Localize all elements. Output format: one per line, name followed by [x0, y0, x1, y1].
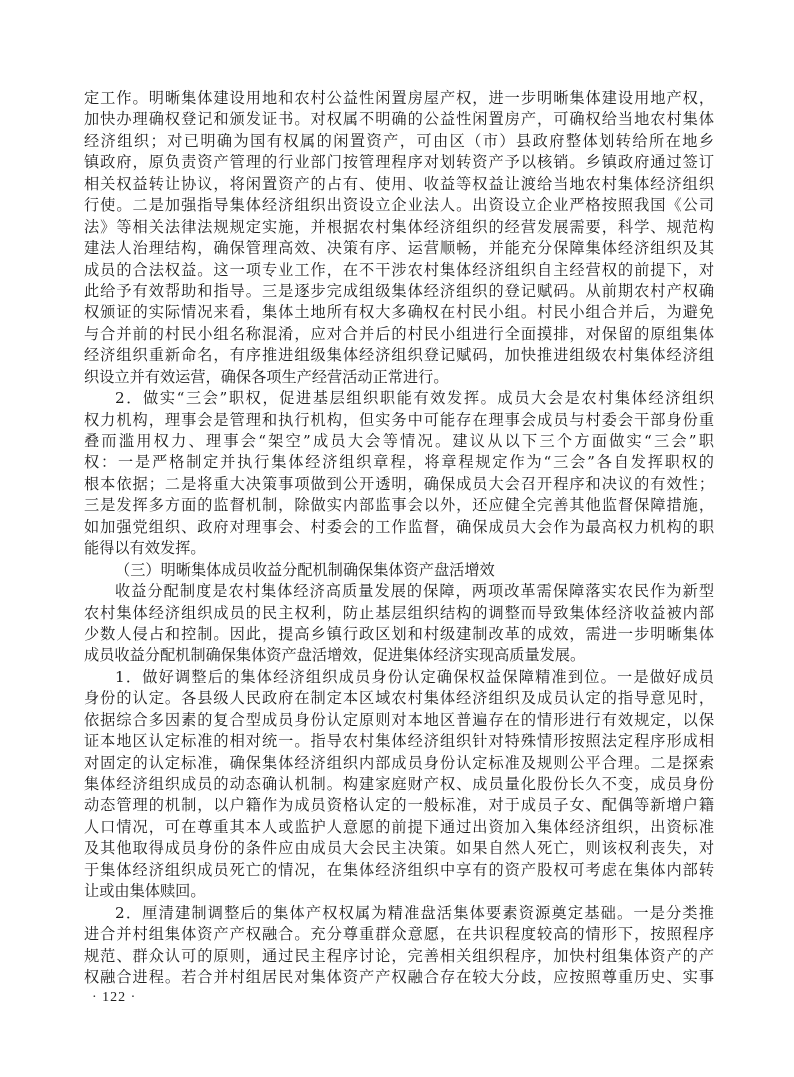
body-line: 及其他取得成员身份的条件应由成员大会民主决策。如果自然人死亡，则该权利丧失，对: [84, 838, 714, 859]
paragraph-start-line: 1．做好调整后的集体经济组织成员身份认定确保权益保障精准到位。一是做好成员: [84, 667, 714, 688]
section-heading: （三）明晰集体成员收益分配机制确保集体资产盘活增效: [84, 560, 714, 581]
document-page: 定工作。明晰集体建设用地和农村公益性闲置房屋产权，进一步明晰集体建设用地产权， …: [84, 88, 714, 988]
body-line: 定工作。明晰集体建设用地和农村公益性闲置房屋产权，进一步明晰集体建设用地产权，: [84, 88, 714, 109]
body-line: 依据综合多因素的复合型成员身份认定原则对本地区普遍存在的情形进行有效规定，以保: [84, 710, 714, 731]
body-line: 规范、群众认可的原则，通过民主程序讨论，完善相关组织程序，加快村组集体资产的产: [84, 946, 714, 967]
body-line: 镇政府，原负责资产管理的行业部门按管理程序对划转资产予以核销。乡镇政府通过签订: [84, 152, 714, 173]
body-line: 能得以有效发挥。: [84, 538, 714, 559]
body-line: 织设立并有效运营，确保各项生产经营活动正常进行。: [84, 367, 714, 388]
body-line: 三是发挥多方面的监督机制，除做实内部监事会以外，还应健全完善其他监督保障措施，: [84, 495, 714, 516]
body-line: 成员收益分配机制确保集体资产盘活增效，促进集体经济实现高质量发展。: [84, 645, 714, 666]
body-line: 少数人侵占和控制。因此，提高乡镇行政区划和村级建制改革的成效，需进一步明晰集体: [84, 624, 714, 645]
body-line: 人口情况，可在尊重其本人或监护人意愿的前提下通过出资加入集体经济组织，出资标准: [84, 817, 714, 838]
body-line: 与合并前的村民小组名称混淆，应对合并后的村民小组进行全面摸排，对保留的原组集体: [84, 324, 714, 345]
body-line: 证本地区认定标准的相对统一。指导农村集体经济组织针对特殊情形按照法定程序形成相: [84, 731, 714, 752]
body-line: 建法人治理结构，确保管理高效、决策有序、运营顺畅，并能充分保障集体经济组织及其: [84, 238, 714, 259]
body-line: 动态管理的机制，以户籍作为成员资格认定的一般标准，对于成员子女、配偶等新增户籍: [84, 795, 714, 816]
paragraph-start-line: 2．厘清建制调整后的集体产权权属为精准盘活集体要素资源奠定基础。一是分类推: [84, 903, 714, 924]
body-line: 权融合进程。若合并村组居民对集体资产产权融合存在较大分歧，应按照尊重历史、实事: [84, 967, 714, 988]
body-line: 行使。二是加强指导集体经济组织出资设立企业法人。出资设立企业严格按照我国《公司: [84, 195, 714, 216]
body-line: 集体经济组织成员的动态确认机制。构建家庭财产权、成员量化股份长久不变，成员身份: [84, 774, 714, 795]
body-line: 进合并村组集体资产产权融合。充分尊重群众意愿，在共识程度较高的情形下，按照程序: [84, 924, 714, 945]
paragraph-start-line: 2．做实“三会”职权，促进基层组织职能有效发挥。成员大会是农村集体经济组织: [84, 388, 714, 409]
body-line: 让或由集体赎回。: [84, 881, 714, 902]
body-line: 成员的合法权益。这一项专业工作，在不干涉农村集体经济组织自主经营权的前提下，对: [84, 260, 714, 281]
body-line: 农村集体经济组织成员的民主权利，防止基层组织结构的调整而导致集体经济收益被内部: [84, 603, 714, 624]
body-line: 加快办理确权登记和颁发证书。对权属不明确的公益性闲置房产，可确权给当地农村集体: [84, 109, 714, 130]
body-line: 叠而滥用权力、理事会“架空”成员大会等情况。建议从以下三个方面做实“三会”职: [84, 431, 714, 452]
body-line: 根本依据；二是将重大决策事项做到公开透明，确保成员大会召开程序和决议的有效性；: [84, 474, 714, 495]
body-line: 对固定的认定标准，确保集体经济组织内部成员身份认定标准及规则公平合理。二是探索: [84, 753, 714, 774]
body-line: 权：一是严格制定并执行集体经济组织章程，将章程规定作为“三会”各自发挥职权的: [84, 452, 714, 473]
body-line: 身份的认定。各县级人民政府在制定本区域农村集体经济组织及成员认定的指导意见时，: [84, 688, 714, 709]
body-line: 权力机构，理事会是管理和执行机构，但实务中可能存在理事会成员与村委会干部身份重: [84, 410, 714, 431]
body-line: 经济组织重新命名，有序推进组级集体经济组织登记赋码，加快推进组级农村集体经济组: [84, 345, 714, 366]
body-line: 经济组织；对已明确为国有权属的闲置资产，可由区（市）县政府整体划转给所在地乡: [84, 131, 714, 152]
paragraph-start-line: 收益分配制度是农村集体经济高质量发展的保障，两项改革需保障落实农民作为新型: [84, 581, 714, 602]
body-line: 如加强党组织、政府对理事会、村委会的工作监督，确保成员大会作为最高权力机构的职: [84, 517, 714, 538]
body-line: 于集体经济组织成员死亡的情况，在集体经济组织中享有的资产股权可考虑在集体内部转: [84, 860, 714, 881]
body-line: 权颁证的实际情况来看，集体土地所有权大多确权在村民小组。村民小组合并后，为避免: [84, 302, 714, 323]
body-line: 此给予有效帮助和指导。三是逐步完成组级集体经济组织的登记赋码。从前期农村产权确: [84, 281, 714, 302]
body-line: 法》等相关法律法规规定实施，并根据农村集体经济组织的经营发展需要，科学、规范构: [84, 217, 714, 238]
page-number: · 122 ·: [92, 990, 136, 1006]
body-line: 相关权益转让协议，将闲置资产的占有、使用、收益等权益让渡给当地农村集体经济组织: [84, 174, 714, 195]
